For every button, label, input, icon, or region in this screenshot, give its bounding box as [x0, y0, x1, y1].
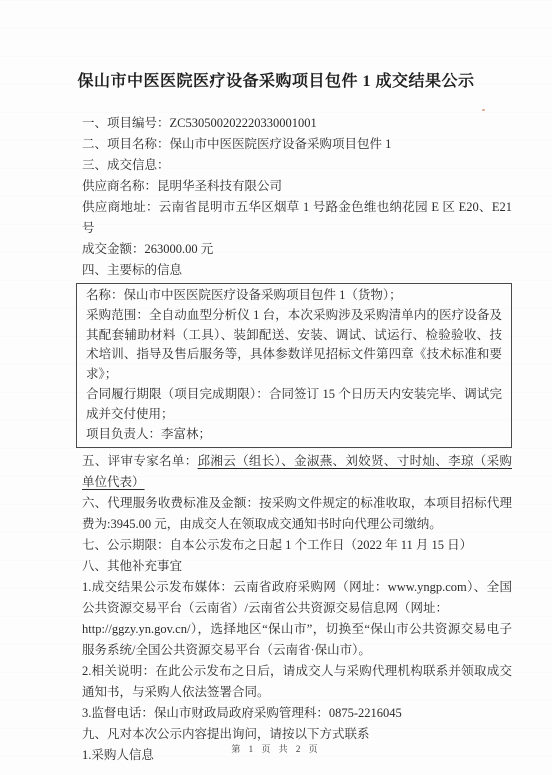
main-subject-heading: 四、主要标的信息	[82, 260, 512, 281]
project-number-line: 一、项目编号：ZC530500202220330001001	[82, 113, 512, 134]
related-note-line: 2.相关说明：在此公示发布之日后，请成交人与采购代理机构联系并领取成交通知书，与…	[82, 661, 512, 703]
deal-info-heading: 三、成交信息：	[82, 155, 512, 176]
deal-amount-line: 成交金额：263000.00 元	[82, 239, 512, 260]
subject-name-line: 名称：保山市中医医院医疗设备采购项目包件 1（货物）；	[86, 286, 502, 306]
publicity-period-line: 七、公示期限：自本公示发布之日起 1 个工作日（2022 年 11 月 15 日…	[82, 535, 512, 556]
document-page: 保山市中医医院医疗设备采购项目包件 1 成交结果公示 一、项目编号：ZC5305…	[0, 0, 552, 775]
supplementary-heading: 八、其他补充事宜	[82, 556, 512, 577]
supervision-phone-line: 3.监督电话：保山市财政局政府采购管理科：0875-2216045	[82, 703, 512, 724]
agency-fee-line: 六、代理服务收费标准及金额：按采购文件规定的标准收取，本项目招标代理费为:394…	[82, 493, 512, 535]
page-title: 保山市中医医院医疗设备采购项目包件 1 成交结果公示	[0, 0, 552, 94]
expert-list-line: 五、评审专家名单：邱湘云（组长）、金淑燕、刘姣贤、寸时灿、李琼（采购单位代表）	[82, 451, 512, 493]
project-name-line: 二、项目名称：保山市中医医院医疗设备采购项目包件 1	[82, 134, 512, 155]
expert-list-label: 五、评审专家名单：	[82, 454, 198, 468]
scan-artifact	[482, 109, 485, 111]
procurement-scope-line: 采购范围：全自动血型分析仪 1 台，本次采购涉及采购清单内的医疗设备及其配套辅助…	[86, 306, 502, 385]
page-number-indicator: 第 1 页 共 2 页	[0, 742, 552, 755]
publish-media-url-text: http://ggzy.yn.gov.cn/），选择地区“保山市”，切换至“保山…	[82, 622, 512, 657]
publish-media-line: 1.成交结果公示发布媒体：云南省政府采购网（网址：www.yngp.com）、全…	[82, 577, 512, 661]
supplier-address-line: 供应商地址：云南省昆明市五华区烟草 1 号路金色维也纳花园 E 区 E20、E2…	[82, 197, 512, 239]
project-leader-line: 项目负责人：李富林；	[86, 425, 502, 445]
contract-period-line: 合同履行期限（项目完成期限）：合同签订 15 个日历天内安装完毕、调试完成并交付…	[86, 385, 502, 425]
supplier-name-line: 供应商名称：昆明华圣科技有限公司	[82, 176, 512, 197]
main-subject-detail-box: 名称：保山市中医医院医疗设备采购项目包件 1（货物）； 采购范围：全自动血型分析…	[76, 283, 512, 448]
document-body: 一、项目编号：ZC530500202220330001001 二、项目名称：保山…	[82, 113, 512, 766]
publish-media-text: 1.成交结果公示发布媒体：云南省政府采购网（网址：www.yngp.com）、全…	[82, 580, 512, 615]
